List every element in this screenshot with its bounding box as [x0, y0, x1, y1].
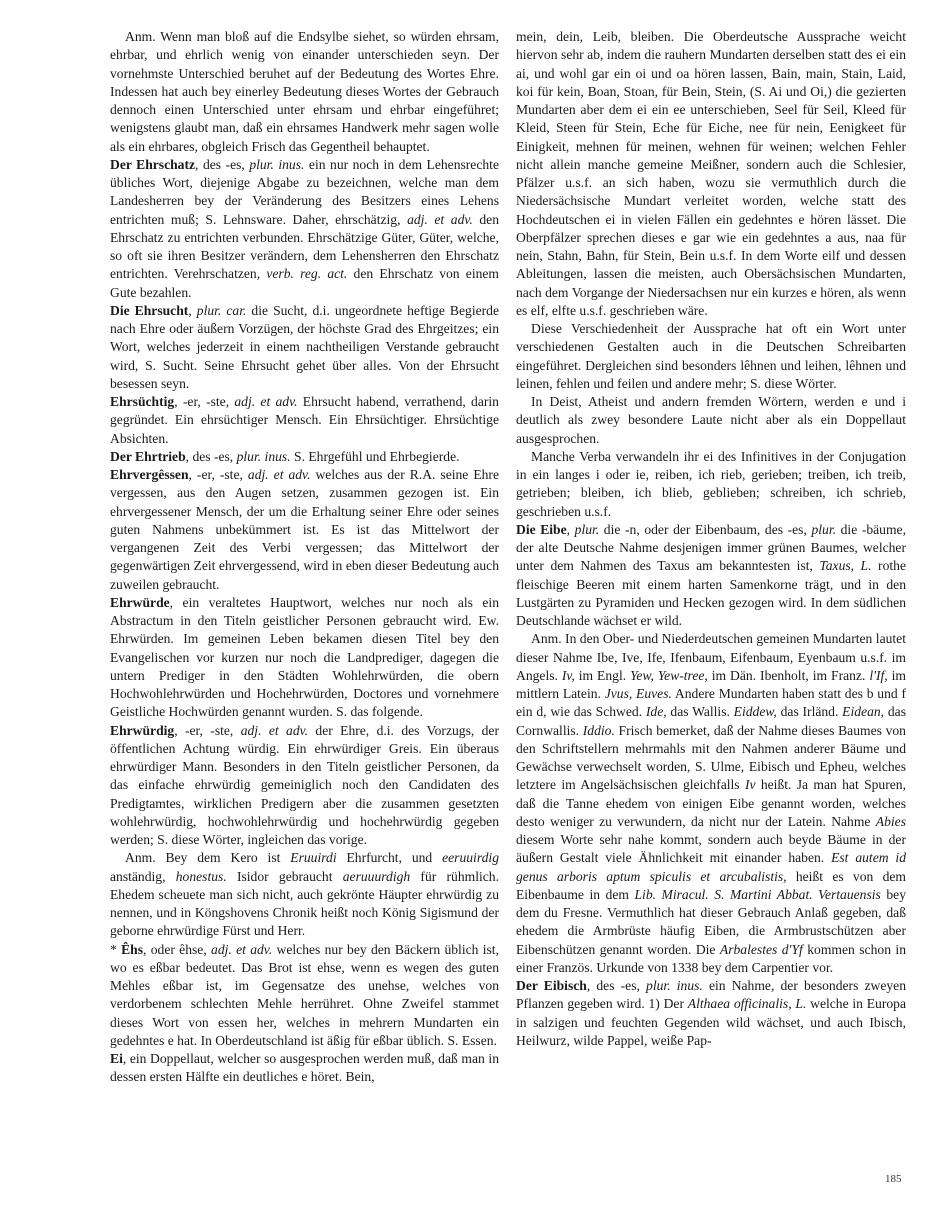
text-run: Manche Verba verwandeln ihr ei des Infin…	[516, 449, 906, 519]
entry-verba: Manche Verba verwandeln ihr ei des Infin…	[516, 448, 906, 521]
text-run: , oder êhse,	[143, 942, 211, 957]
text-run: die -n, oder der Eibenbaum, des -es,	[599, 522, 811, 537]
entry-ehrsucht: Die Ehrsucht, plur. car. die Sucht, d.i.…	[110, 302, 499, 393]
text-run: *	[110, 942, 121, 957]
italic-term: adj. et adv.	[211, 942, 272, 957]
entry-ehrvergessen: Ehrvergêssen, -er, -ste, adj. et adv. we…	[110, 466, 499, 594]
italic-term: Eiddew,	[734, 704, 777, 719]
entry-eibe: Die Eibe, plur. die -n, oder der Eibenba…	[516, 521, 906, 631]
right-column: mein, dein, Leib, bleiben. Die Oberdeuts…	[516, 28, 906, 1050]
italic-term: adj. et adv.	[248, 467, 311, 482]
italic-term: Arbalestes d'Yf	[720, 942, 803, 957]
text-run: ,	[188, 303, 196, 318]
headword: Der Eibisch	[516, 978, 587, 993]
entry-deist: In Deist, Atheist und andern fremden Wör…	[516, 393, 906, 448]
text-run: welches aus der R.A. seine Ehre vergesse…	[110, 467, 499, 592]
headword: Ehrwürdig	[110, 723, 174, 738]
text-run: im Engl.	[575, 668, 630, 683]
italic-term: plur. inus.	[646, 978, 703, 993]
italic-term: plur. inus.	[237, 449, 291, 464]
text-run: , des -es,	[587, 978, 646, 993]
text-run: , -er, -ste,	[174, 723, 240, 738]
text-run: , des -es,	[195, 157, 249, 172]
italic-term: Lib. Miracul. S. Martini Abbat. Vertauen…	[634, 887, 880, 902]
entry-anm-ehrsam: Anm. Wenn man bloß auf die Endsylbe sieh…	[110, 28, 499, 156]
text-run: , ein Doppellaut, welcher so ausgesproch…	[110, 1051, 499, 1084]
text-run: , des -es,	[186, 449, 237, 464]
text-run: Anm. Wenn man bloß auf die Endsylbe sieh…	[110, 29, 499, 154]
headword: Die Eibe	[516, 522, 567, 537]
headword: Êhs	[121, 942, 143, 957]
italic-term: plur.	[811, 522, 836, 537]
entry-ehrwuerde: Ehrwürde, ein veraltetes Hauptwort, welc…	[110, 594, 499, 722]
text-run: , -er, -ste,	[189, 467, 248, 482]
text-run: anständig,	[110, 869, 176, 884]
entry-ehrschatz: Der Ehrschatz, des -es, plur. inus. ein …	[110, 156, 499, 302]
italic-term: adj. et adv.	[407, 212, 473, 227]
italic-term: Yew, Yew-tree,	[630, 668, 708, 683]
italic-term: Jvus, Euves.	[605, 686, 672, 701]
entry-ehrtrieb: Der Ehrtrieb, des -es, plur. inus. S. Eh…	[110, 448, 499, 466]
italic-term: plur. inus.	[249, 157, 304, 172]
italic-term: plur. car.	[197, 303, 247, 318]
italic-term: l'If,	[869, 668, 887, 683]
italic-term: aeruuurdigh	[343, 869, 410, 884]
text-run: Ehrfurcht, und	[337, 850, 443, 865]
text-run: der Ehre, d.i. des Vorzugs, der öffentli…	[110, 723, 499, 848]
text-run: In Deist, Atheist und andern fremden Wör…	[516, 394, 906, 446]
italic-term: Iv	[745, 777, 756, 792]
entry-verschiedenheit: Diese Verschiedenheit der Aussprache hat…	[516, 320, 906, 393]
text-run: das Irländ.	[777, 704, 842, 719]
italic-term: Eidean,	[842, 704, 884, 719]
text-run: Diese Verschiedenheit der Aussprache hat…	[516, 321, 906, 391]
italic-term: Iddio.	[583, 723, 615, 738]
left-column: Anm. Wenn man bloß auf die Endsylbe sieh…	[110, 28, 499, 1087]
italic-term: Eruuirdi	[290, 850, 336, 865]
italic-term: Ide,	[646, 704, 667, 719]
italic-term: Abies	[876, 814, 906, 829]
text-run: das Wallis.	[667, 704, 734, 719]
page-number: 185	[885, 1170, 902, 1188]
text-run: S. Ehrgefühl und Ehrbegierde.	[291, 449, 460, 464]
text-run: im Dän. Ibenholt, im Franz.	[708, 668, 870, 683]
entry-ei-cont: mein, dein, Leib, bleiben. Die Oberdeuts…	[516, 28, 906, 320]
dictionary-page: Anm. Wenn man bloß auf die Endsylbe sieh…	[0, 0, 935, 1210]
entry-ei: Ei, ein Doppellaut, welcher so ausgespro…	[110, 1050, 499, 1087]
italic-term: eeruuirdig	[442, 850, 499, 865]
headword: Der Ehrtrieb	[110, 449, 186, 464]
headword: Ei	[110, 1051, 123, 1066]
headword: Die Ehrsucht	[110, 303, 188, 318]
italic-term: Iv,	[562, 668, 575, 683]
italic-term: adj. et adv.	[234, 394, 297, 409]
entry-ehrsuechtig: Ehrsüchtig, -er, -ste, adj. et adv. Ehrs…	[110, 393, 499, 448]
entry-ehs: * Êhs, oder êhse, adj. et adv. welches n…	[110, 941, 499, 1051]
italic-term: honestus.	[176, 869, 227, 884]
italic-term: adj. et adv.	[241, 723, 308, 738]
italic-term: verb. reg. act.	[266, 266, 347, 281]
italic-term: plur.	[575, 522, 600, 537]
text-run: mein, dein, Leib, bleiben. Die Oberdeuts…	[516, 29, 906, 318]
entry-eibisch: Der Eibisch, des -es, plur. inus. ein Na…	[516, 977, 906, 1050]
text-run: welches nur bey den Bäckern üblich ist, …	[110, 942, 499, 1048]
text-run: ,	[567, 522, 575, 537]
italic-term: Althaea officinalis, L.	[688, 996, 807, 1011]
headword: Ehrsüchtig	[110, 394, 174, 409]
text-run: , ein veraltetes Hauptwort, welches nur …	[110, 595, 499, 720]
text-run: , -er, -ste,	[174, 394, 234, 409]
headword: Der Ehrschatz	[110, 157, 195, 172]
text-run: Anm. Bey dem Kero ist	[125, 850, 290, 865]
headword: Ehrvergêssen	[110, 467, 189, 482]
entry-ehrwuerdig: Ehrwürdig, -er, -ste, adj. et adv. der E…	[110, 722, 499, 850]
italic-term: Taxus, L.	[819, 558, 871, 573]
entry-anm-eibe: Anm. In den Ober- und Niederdeutschen ge…	[516, 630, 906, 977]
entry-anm-kero: Anm. Bey dem Kero ist Eruuirdi Ehrfurcht…	[110, 849, 499, 940]
text-run: Isidor gebraucht	[227, 869, 343, 884]
headword: Ehrwürde	[110, 595, 170, 610]
